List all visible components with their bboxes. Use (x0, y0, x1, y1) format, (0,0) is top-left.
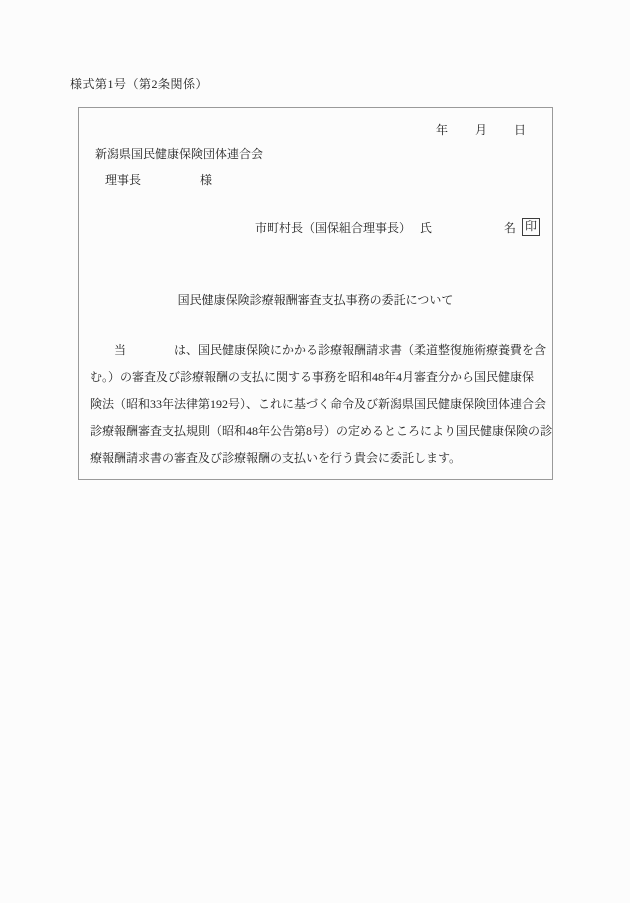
body-line: む。）の審査及び診療報酬の支払に関する事務を昭和48年4月審査分から国民健康保 (90, 364, 550, 391)
date-year-label: 年 (436, 121, 448, 138)
recipient-title: 理事長 (105, 173, 141, 187)
body-line: 診療報酬審査支払規則（昭和48年公告第8号）の定めるところにより国民健康保険の診 (90, 418, 550, 445)
sender-title: 市町村長（国保組合理事長） (255, 219, 411, 236)
sender-line: 市町村長（国保組合理事長）氏名印 (255, 218, 540, 236)
form-number-label: 様式第1号（第2条関係） (70, 75, 208, 92)
body-line: 険法（昭和33年法律第192号）、これに基づく命令及び新潟県国民健康保険団体連合… (90, 391, 550, 418)
subject-title: 国民健康保険診療報酬審査支払事務の委託について (79, 291, 552, 308)
letter-frame: 年 月 日 新潟県国民健康保険団体連合会 理事長様 市町村長（国保組合理事長）氏… (78, 107, 553, 480)
recipient-honorific: 様 (200, 173, 212, 187)
body-line: 当 は、国民健康保険にかかる診療報酬請求書（柔道整復施術療養費を含 (90, 337, 550, 364)
seal-box: 印 (522, 218, 540, 236)
document-page: 様式第1号（第2条関係） 年 月 日 新潟県国民健康保険団体連合会 理事長様 市… (0, 0, 630, 903)
sender-name-blank (432, 227, 504, 228)
date-month-label: 月 (475, 121, 487, 138)
recipient-line: 理事長様 (105, 171, 212, 188)
date-line: 年 月 日 (436, 121, 526, 138)
body-line: 療報酬請求書の審査及び診療報酬の支払いを行う貴会に委託します。 (90, 445, 550, 472)
sender-name-label-second: 名 (504, 219, 516, 236)
letter-body: 当 は、国民健康保険にかかる診療報酬請求書（柔道整復施術療養費を含 む。）の審査… (90, 337, 550, 472)
date-day-label: 日 (514, 121, 526, 138)
recipient-name-blank (141, 183, 200, 184)
sender-name-label-first: 氏 (420, 219, 432, 236)
recipient-organization: 新潟県国民健康保険団体連合会 (95, 145, 263, 162)
